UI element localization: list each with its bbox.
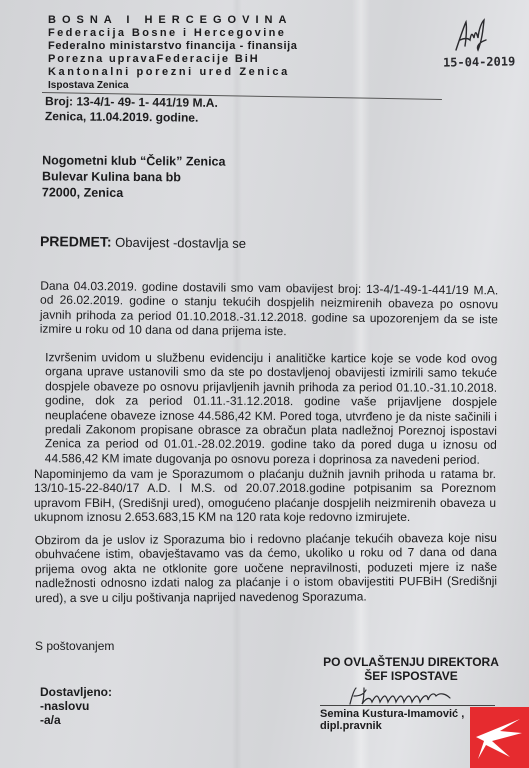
watermark-logo bbox=[470, 707, 529, 768]
letterhead-line: Federalno ministarstvo financija - finan… bbox=[48, 40, 298, 53]
delivery-list: Dostavljeno: -naslovu -a/a bbox=[40, 685, 112, 727]
signature-authority: PO OVLAŠTENJU DIREKTORA bbox=[316, 655, 506, 669]
delivery-label: Dostavljeno: bbox=[40, 685, 112, 699]
received-date-stamp: 15-04-2019 bbox=[443, 54, 515, 69]
document-page: BOSNA I HERCEGOVINA Federacija Bosne i H… bbox=[0, 0, 529, 768]
subject-text: Obavijest -dostavlja se bbox=[115, 235, 246, 251]
delivery-item: -naslovu bbox=[40, 699, 112, 713]
reference-block: Broj: 13-4/1- 49- 1- 441/19 M.A. Zenica,… bbox=[45, 94, 218, 126]
recipient-line: Nogometni klub “Čelik” Zenica bbox=[42, 152, 225, 169]
recipient-line: Bulevar Kulina bana bb bbox=[42, 168, 225, 185]
letterhead-line: Ispostava Zenica bbox=[48, 79, 298, 92]
closing-salutation: S poštovanjem bbox=[35, 639, 114, 653]
signature-title: ŠEF ISPOSTAVE bbox=[316, 669, 506, 683]
recipient-address: Nogometni klub “Čelik” Zenica Bulevar Ku… bbox=[42, 152, 226, 201]
star-logo-icon bbox=[470, 707, 529, 768]
handwritten-initials-icon bbox=[452, 16, 492, 56]
signature-block: PO OVLAŠTENJU DIREKTORA ŠEF ISPOSTAVE bbox=[316, 655, 506, 683]
body-paragraph: Izvršenim uvidom u službenu evidenciju i… bbox=[45, 350, 497, 467]
letterhead: BOSNA I HERCEGOVINA Federacija Bosne i H… bbox=[48, 14, 298, 92]
signature-line bbox=[320, 705, 495, 706]
letterhead-line: Porezna upravaFederacije BiH bbox=[48, 53, 298, 66]
reference-place-date: Zenica, 11.04.2019. godine. bbox=[45, 109, 218, 126]
letterhead-line: Kantonalni porezni ured Zenica bbox=[48, 66, 298, 79]
letterhead-line: Federacija Bosne i Hercegovine bbox=[48, 27, 298, 40]
subject-label: PREDMET: bbox=[40, 233, 112, 250]
recipient-line: 72000, Zenica bbox=[42, 184, 225, 201]
body-paragraph: Obzirom da je uslov iz Sporazuma bio i r… bbox=[35, 531, 497, 605]
letterhead-country: BOSNA I HERCEGOVINA bbox=[48, 14, 298, 27]
subject-line: PREDMET: Obavijest -dostavlja se bbox=[40, 233, 246, 251]
delivery-item: -a/a bbox=[40, 713, 112, 727]
body-paragraph: Napominjemo da vam je Sporazumom o plaća… bbox=[34, 467, 496, 525]
body-paragraph: Dana 04.03.2019. godine dostavili smo va… bbox=[40, 279, 499, 341]
